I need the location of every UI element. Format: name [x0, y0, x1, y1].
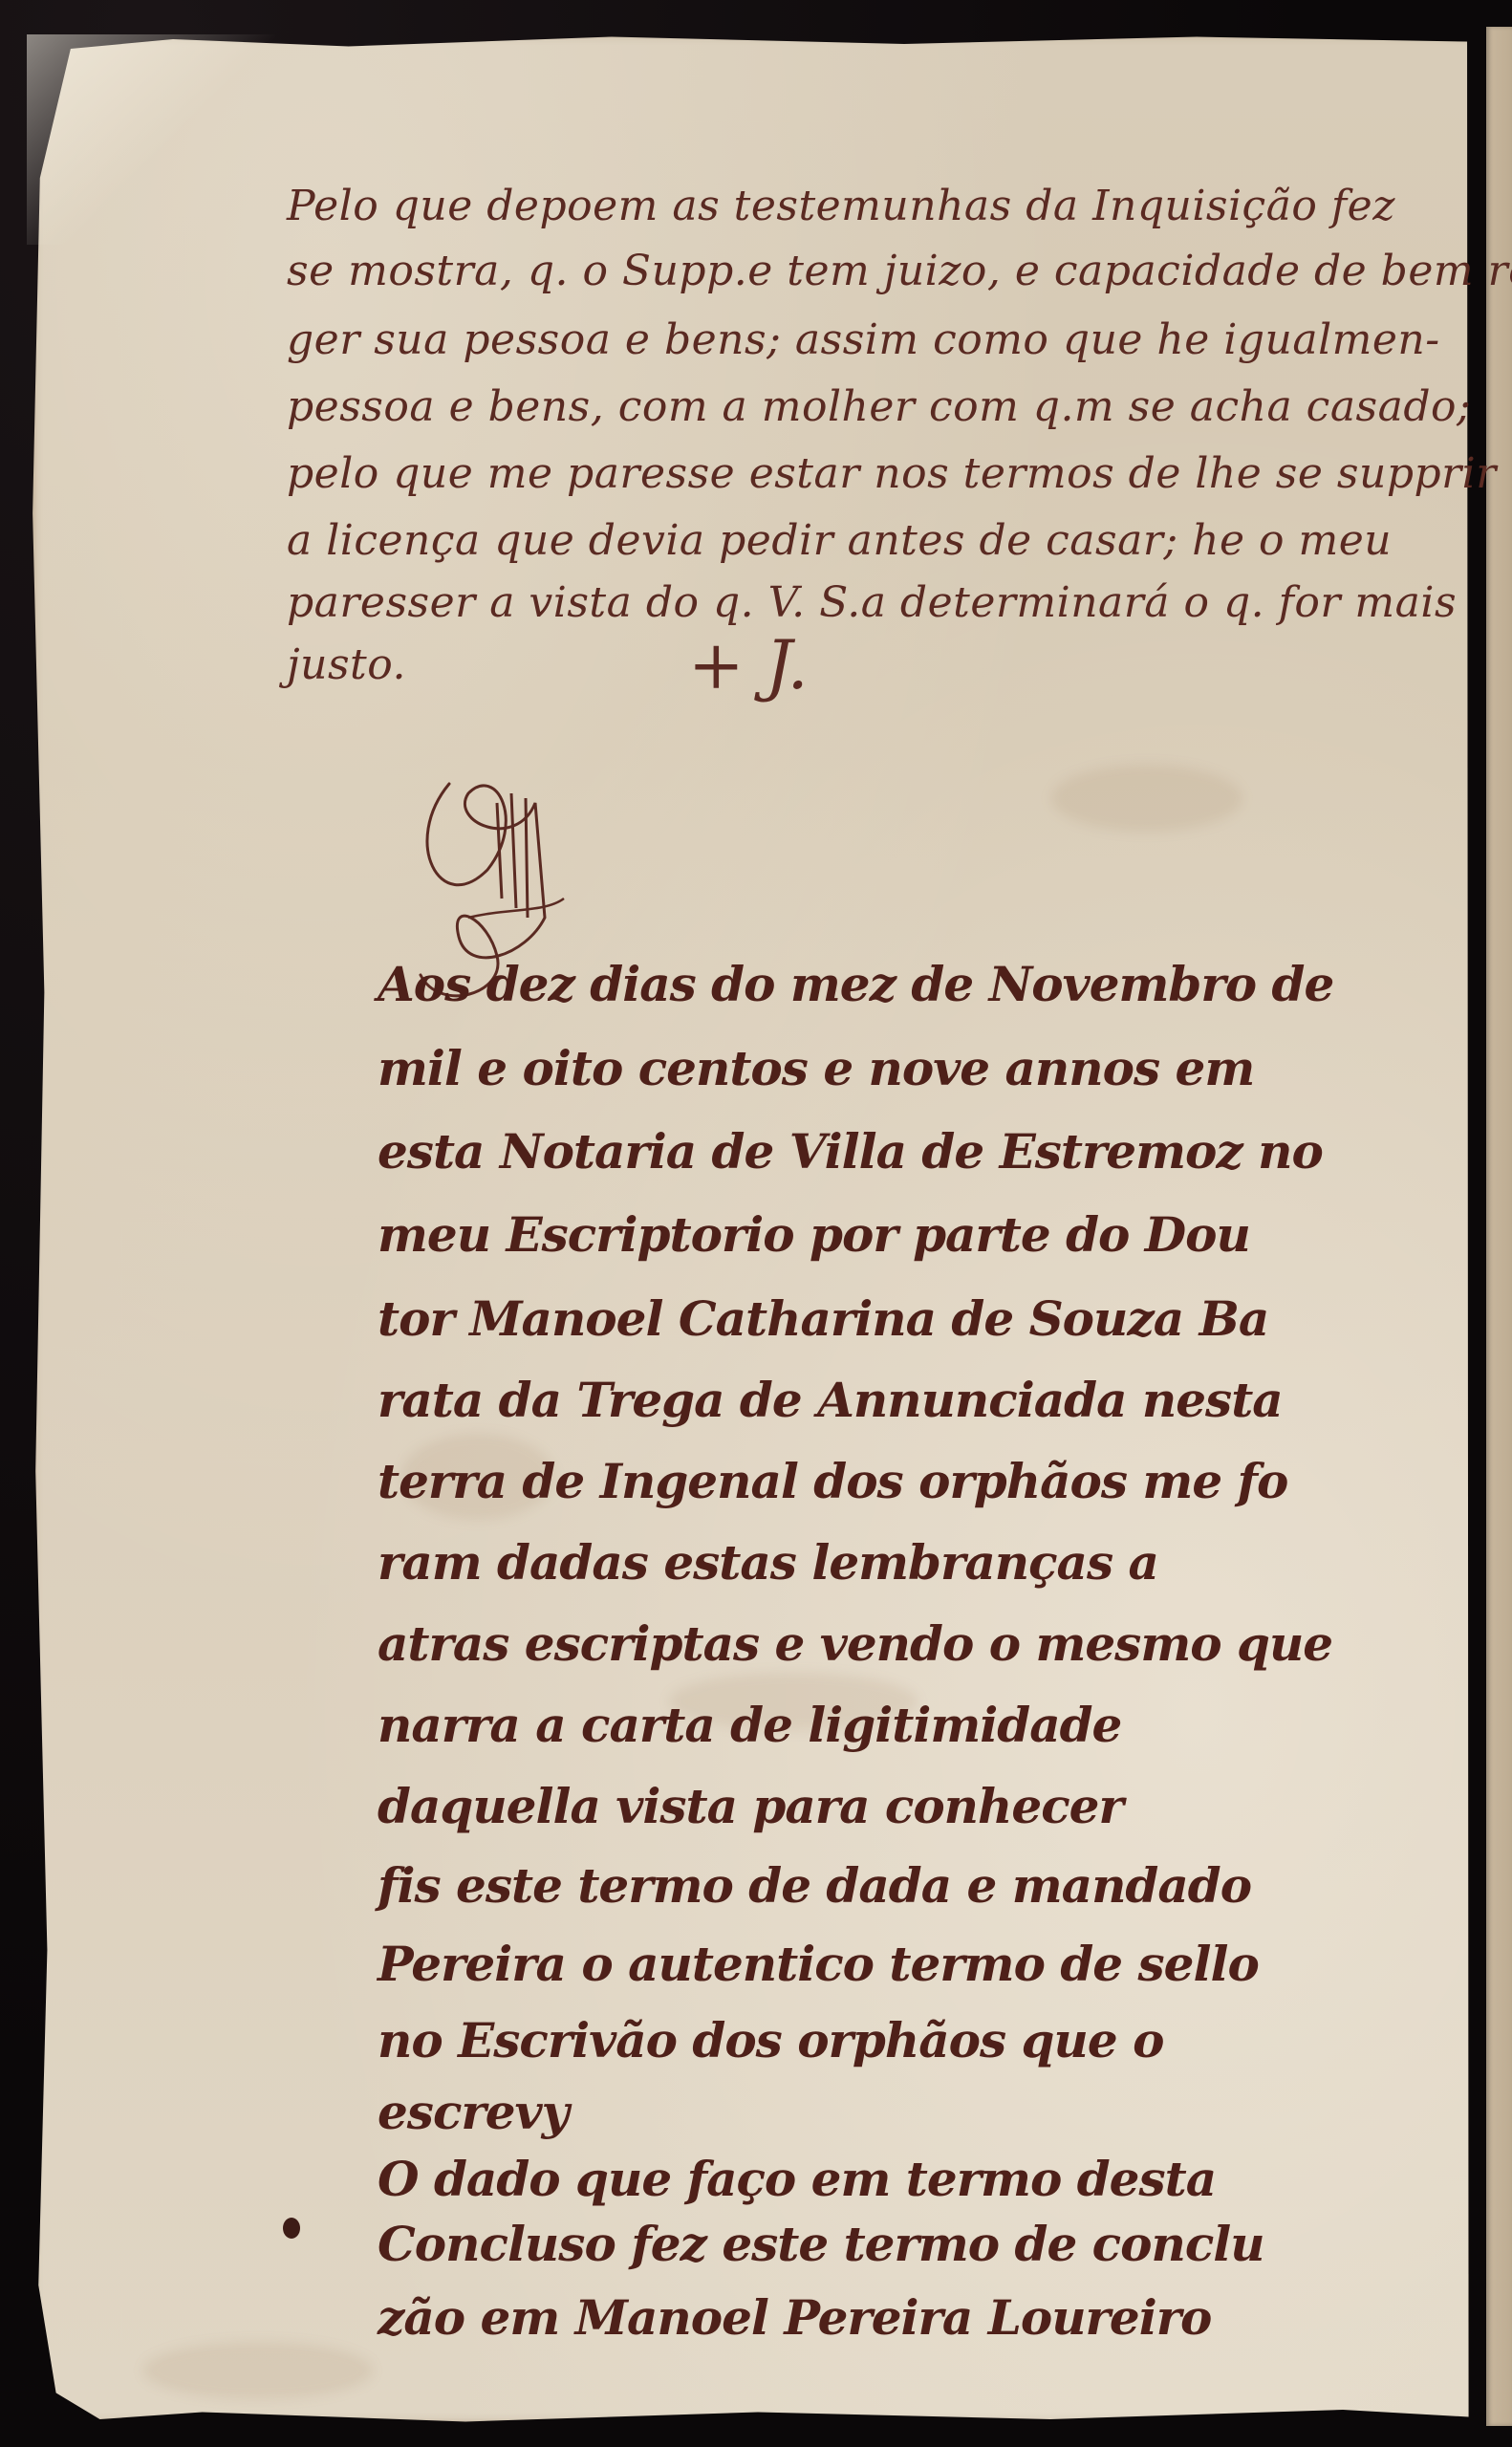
opinion-line: ger sua pessoa e bens; assim como que he… — [287, 315, 1440, 364]
opinion-line: pessoa e bens, com a molher com q.m se a… — [287, 382, 1471, 431]
deed-line: Aos dez dias do mez de Novembro de — [378, 956, 1333, 1012]
next-page-edge — [1486, 27, 1512, 2426]
deed-line: rata da Trega de Annunciada nesta — [378, 1372, 1283, 1428]
deed-line: escrevy — [378, 2084, 569, 2140]
deed-line: atras escriptas e vendo o mesmo que — [378, 1615, 1332, 1672]
deed-line: esta Notaria de Villa de Estremoz no — [378, 1123, 1323, 1180]
closing-line: O dado que faço em termo desta — [378, 2151, 1216, 2207]
closing-line: zão em Manoel Pereira Loureiro — [378, 2289, 1211, 2346]
deed-line: terra de Ingenal dos orphãos me fo — [378, 1453, 1287, 1509]
paper-stain — [143, 2342, 373, 2399]
opinion-line: justo. — [287, 640, 406, 689]
deed-line: narra a carta de ligitimidade — [378, 1697, 1121, 1753]
deed-line: fis este termo de dada e mandado — [378, 1857, 1251, 1914]
opinion-line: Pelo que depoem as testemunhas da Inquis… — [287, 182, 1395, 230]
deed-line: Pereira o autentico termo de sello — [378, 1936, 1259, 1992]
opinion-line: se mostra, q. o Supp.e tem juizo, e capa… — [287, 247, 1512, 295]
paper-stain — [1051, 765, 1242, 832]
deed-line: daquella vista para conhecer — [378, 1778, 1123, 1834]
deed-line: no Escrivão dos orphãos que o — [378, 2012, 1163, 2068]
deed-line: ram dadas estas lembranças a — [378, 1534, 1158, 1591]
deed-line: mil e oito centos e nove annos em — [378, 1040, 1254, 1096]
rubric-mark: + J. — [688, 626, 809, 704]
deed-line: tor Manoel Catharina de Souza Ba — [378, 1290, 1268, 1347]
ink-blot-marker — [283, 2218, 300, 2239]
opinion-line: a licença que devia pedir antes de casar… — [287, 516, 1392, 565]
closing-line: Concluso fez este termo de conclu — [378, 2216, 1264, 2272]
opinion-line: paresser a vista do q. V. S.a determinar… — [287, 578, 1457, 627]
opinion-line: pelo que me paresse estar nos termos de … — [287, 449, 1497, 498]
deed-line: meu Escriptorio por parte do Dou — [378, 1206, 1250, 1263]
